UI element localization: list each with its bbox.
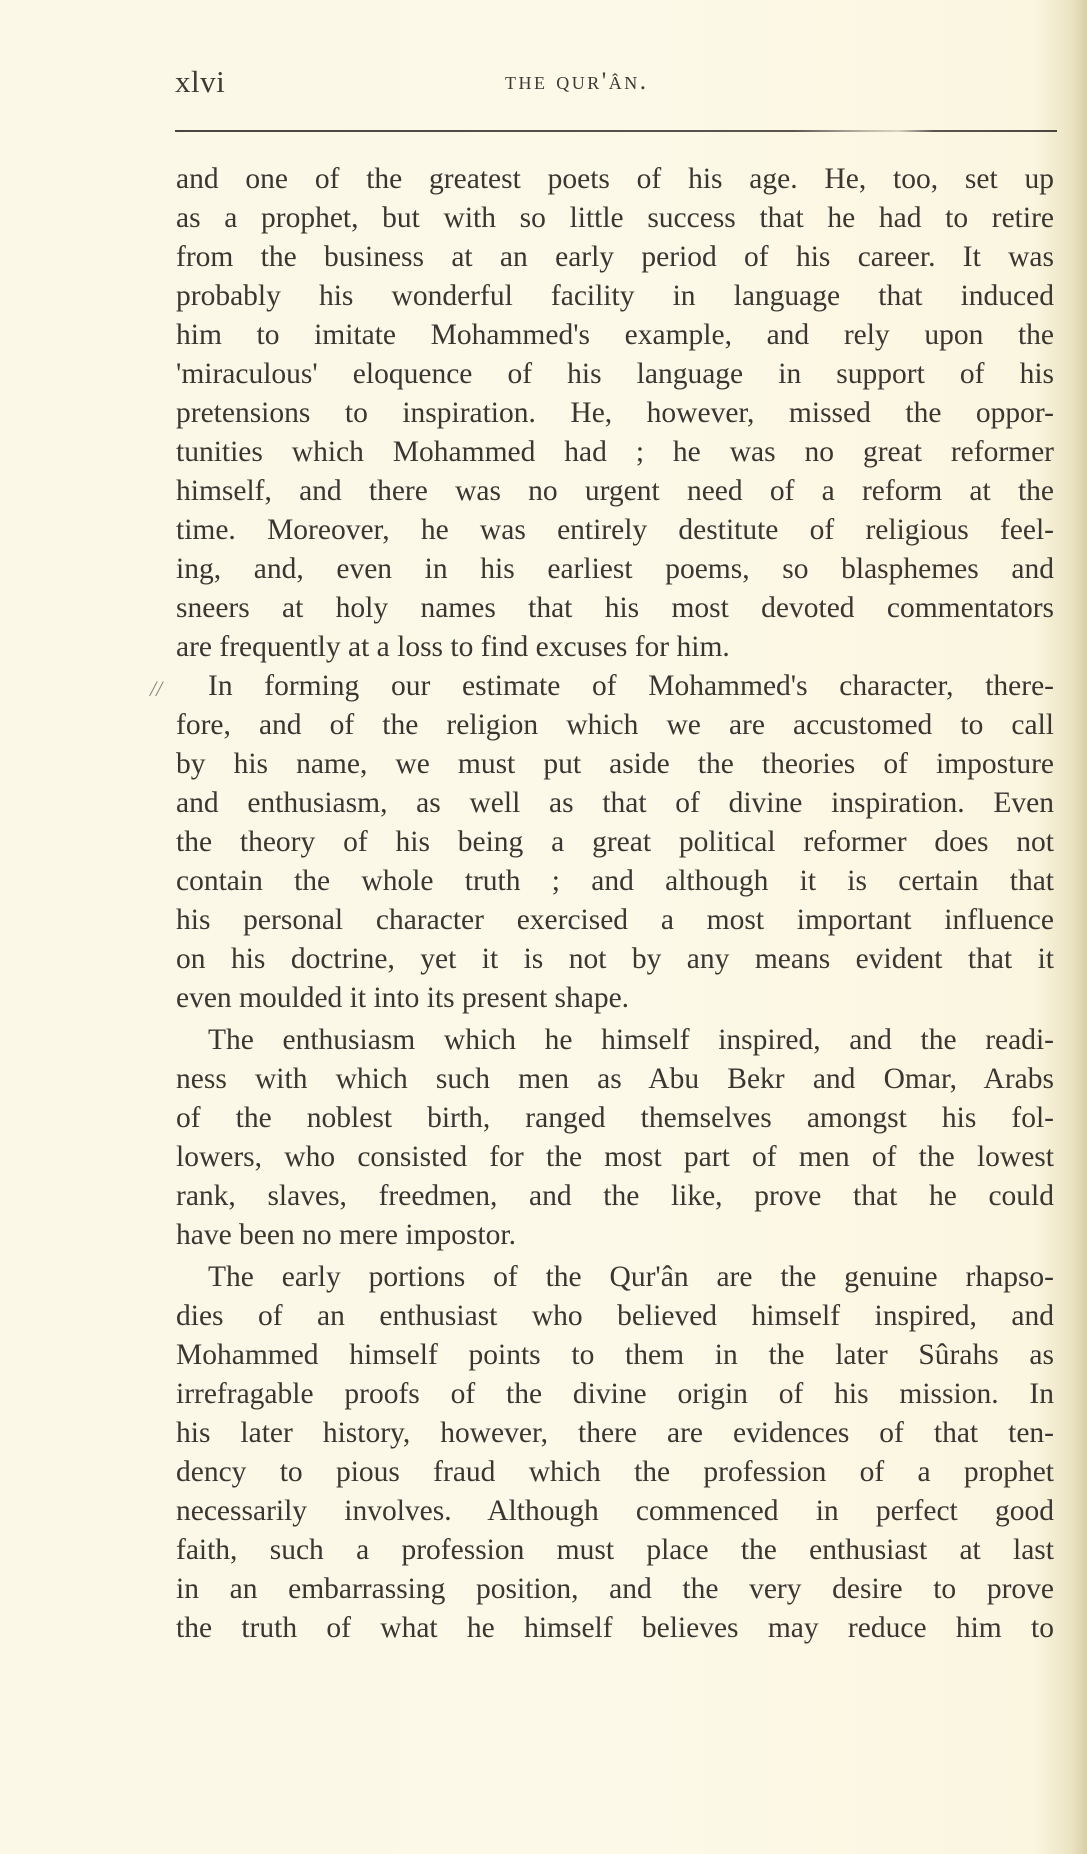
text-line: even moulded it into its present shape. [176,981,1054,1015]
text-line: The enthusiasm which he himself inspired… [208,1023,1054,1057]
text-line: sneers at holy names that his most devot… [176,591,1054,625]
text-line: lowers, who consisted for the most part … [176,1140,1054,1174]
text-line: probably his wonderful facility in langu… [176,279,1054,313]
text-line: and enthusiasm, as well as that of divin… [176,786,1054,820]
margin-annotation-mark: // [150,676,162,702]
running-head: THE QUR'ÂN. [505,68,649,96]
text-line: the theory of his being a great politica… [176,825,1054,859]
text-line: on his doctrine, yet it is not by any me… [176,942,1054,976]
text-line: from the business at an early period of … [176,240,1054,274]
text-line: pretensions to inspiration. He, however,… [176,396,1054,430]
text-line: rank, slaves, freedmen, and the like, pr… [176,1179,1054,1213]
text-line: him to imitate Mohammed's example, and r… [176,318,1054,352]
text-line: dies of an enthusiast who believed himse… [176,1299,1054,1333]
text-line: time. Moreover, he was entirely destitut… [176,513,1054,547]
text-line: dency to pious fraud which the professio… [176,1455,1054,1489]
text-line: tunities which Mohammed had ; he was no … [176,435,1054,469]
text-line: are frequently at a loss to find excuses… [176,630,1054,664]
text-line: fore, and of the religion which we are a… [176,708,1054,742]
text-line: In forming our estimate of Mohammed's ch… [208,669,1054,703]
text-line: as a prophet, but with so little success… [176,201,1054,235]
text-line: and one of the greatest poets of his age… [176,162,1054,196]
book-page: xlvi THE QUR'ÂN. // and one of the great… [0,0,1087,1854]
text-line: irrefragable proofs of the divine origin… [176,1377,1054,1411]
text-line: contain the whole truth ; and although i… [176,864,1054,898]
page-number: xlvi [175,64,225,100]
text-line: ing, and, even in his earliest poems, so… [176,552,1054,586]
text-line: the truth of what he himself believes ma… [176,1611,1054,1645]
text-line: his personal character exercised a most … [176,903,1054,937]
text-line: in an embarrassing position, and the ver… [176,1572,1054,1606]
header-rule [175,130,1057,132]
text-line: necessarily involves. Although commenced… [176,1494,1054,1528]
text-line: faith, such a profession must place the … [176,1533,1054,1567]
text-line: of the noblest birth, ranged themselves … [176,1101,1054,1135]
text-line: 'miraculous' eloquence of his language i… [176,357,1054,391]
text-line: ness with which such men as Abu Bekr and… [176,1062,1054,1096]
text-line: The early portions of the Qur'ân are the… [208,1260,1054,1294]
text-line: by his name, we must put aside the theor… [176,747,1054,781]
text-line: himself, and there was no urgent need of… [176,474,1054,508]
text-line: have been no mere impostor. [176,1218,1054,1252]
text-line: Mohammed himself points to them in the l… [176,1338,1054,1372]
text-line: his later history, however, there are ev… [176,1416,1054,1450]
